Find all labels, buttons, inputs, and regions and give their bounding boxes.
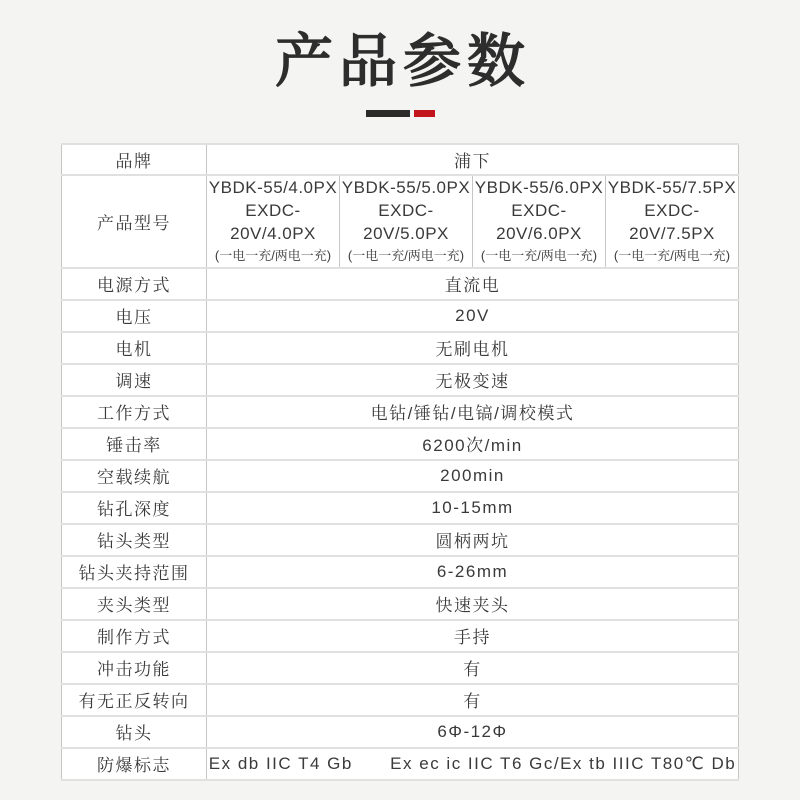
spec-label: 制作方式 <box>62 620 207 652</box>
spec-label: 电压 <box>62 300 207 332</box>
title-underline <box>0 110 800 117</box>
spec-label: 钻头夹持范围 <box>62 556 207 588</box>
model-line3: (一电一充/两电一充) <box>207 245 339 267</box>
spec-row: 夹头类型 快速夹头 <box>62 588 739 620</box>
spec-label: 夹头类型 <box>62 588 207 620</box>
model-cell: YBDK-55/6.0PX EXDC-20V/6.0PX (一电一充/两电一充) <box>473 175 606 268</box>
spec-value: 无刷电机 <box>207 332 739 364</box>
spec-label: 有无正反转向 <box>62 684 207 716</box>
spec-value: 6200次/min <box>207 428 739 460</box>
spec-row: 钻孔深度 10-15mm <box>62 492 739 524</box>
model-line3: (一电一充/两电一充) <box>473 245 605 267</box>
spec-row: 钻头类型 圆柄两坑 <box>62 524 739 556</box>
model-line3: (一电一充/两电一充) <box>340 245 472 267</box>
model-line1: YBDK-55/7.5PX <box>606 176 738 199</box>
model-label: 产品型号 <box>62 175 207 268</box>
spec-row: 防爆标志 Ex db IIC T4 Gb Ex ec ic IIC T6 Gc/… <box>62 748 739 780</box>
model-line2: EXDC-20V/5.0PX <box>340 199 472 245</box>
page-title: 产品参数 <box>0 24 800 101</box>
spec-label: 电源方式 <box>62 268 207 300</box>
spec-row: 电源方式 直流电 <box>62 268 739 300</box>
spec-value: 电钻/锤钻/电镐/调校模式 <box>207 396 739 428</box>
spec-value: Ex db IIC T4 Gb Ex ec ic IIC T6 Gc/Ex tb… <box>207 748 739 780</box>
model-cell: YBDK-55/4.0PX EXDC-20V/4.0PX (一电一充/两电一充) <box>207 175 340 268</box>
model-line1: YBDK-55/5.0PX <box>340 176 472 199</box>
spec-row: 钻头夹持范围 6-26mm <box>62 556 739 588</box>
spec-value: 有 <box>207 684 739 716</box>
brand-row: 品牌 浦下 <box>62 144 739 175</box>
spec-label: 锤击率 <box>62 428 207 460</box>
spec-label: 空载续航 <box>62 460 207 492</box>
model-line1: YBDK-55/4.0PX <box>207 176 339 199</box>
underline-red-bar <box>414 110 435 117</box>
model-line3: (一电一充/两电一充) <box>606 245 738 267</box>
model-line2: EXDC-20V/7.5PX <box>606 199 738 245</box>
spec-row: 钻头 6Φ-12Φ <box>62 716 739 748</box>
spec-row: 调速 无极变速 <box>62 364 739 396</box>
model-cell: YBDK-55/7.5PX EXDC-20V/7.5PX (一电一充/两电一充) <box>606 175 739 268</box>
spec-value: 手持 <box>207 620 739 652</box>
spec-label: 调速 <box>62 364 207 396</box>
spec-label: 钻头类型 <box>62 524 207 556</box>
spec-label: 冲击功能 <box>62 652 207 684</box>
spec-value: 快速夹头 <box>207 588 739 620</box>
model-cell: YBDK-55/5.0PX EXDC-20V/5.0PX (一电一充/两电一充) <box>340 175 473 268</box>
spec-table: 品牌 浦下 产品型号 YBDK-55/4.0PX EXDC-20V/4.0PX … <box>61 143 739 781</box>
model-line1: YBDK-55/6.0PX <box>473 176 605 199</box>
spec-row: 空载续航 200min <box>62 460 739 492</box>
spec-value: 10-15mm <box>207 492 739 524</box>
spec-value: 200min <box>207 460 739 492</box>
brand-value: 浦下 <box>207 144 739 175</box>
model-line2: EXDC-20V/4.0PX <box>207 199 339 245</box>
spec-value: 20V <box>207 300 739 332</box>
spec-label: 电机 <box>62 332 207 364</box>
spec-row: 电机 无刷电机 <box>62 332 739 364</box>
model-row: 产品型号 YBDK-55/4.0PX EXDC-20V/4.0PX (一电一充/… <box>62 175 739 268</box>
spec-value: 6Φ-12Φ <box>207 716 739 748</box>
spec-label: 钻头 <box>62 716 207 748</box>
spec-value: 6-26mm <box>207 556 739 588</box>
spec-row: 冲击功能 有 <box>62 652 739 684</box>
spec-value: 有 <box>207 652 739 684</box>
spec-row: 锤击率 6200次/min <box>62 428 739 460</box>
spec-label: 工作方式 <box>62 396 207 428</box>
underline-dark-bar <box>366 110 410 117</box>
spec-row: 电压 20V <box>62 300 739 332</box>
spec-row: 制作方式 手持 <box>62 620 739 652</box>
spec-value: 无极变速 <box>207 364 739 396</box>
model-line2: EXDC-20V/6.0PX <box>473 199 605 245</box>
spec-value: 圆柄两坑 <box>207 524 739 556</box>
spec-value: 直流电 <box>207 268 739 300</box>
spec-row: 有无正反转向 有 <box>62 684 739 716</box>
spec-row: 工作方式 电钻/锤钻/电镐/调校模式 <box>62 396 739 428</box>
spec-label: 钻孔深度 <box>62 492 207 524</box>
brand-label: 品牌 <box>62 144 207 175</box>
spec-label: 防爆标志 <box>62 748 207 780</box>
